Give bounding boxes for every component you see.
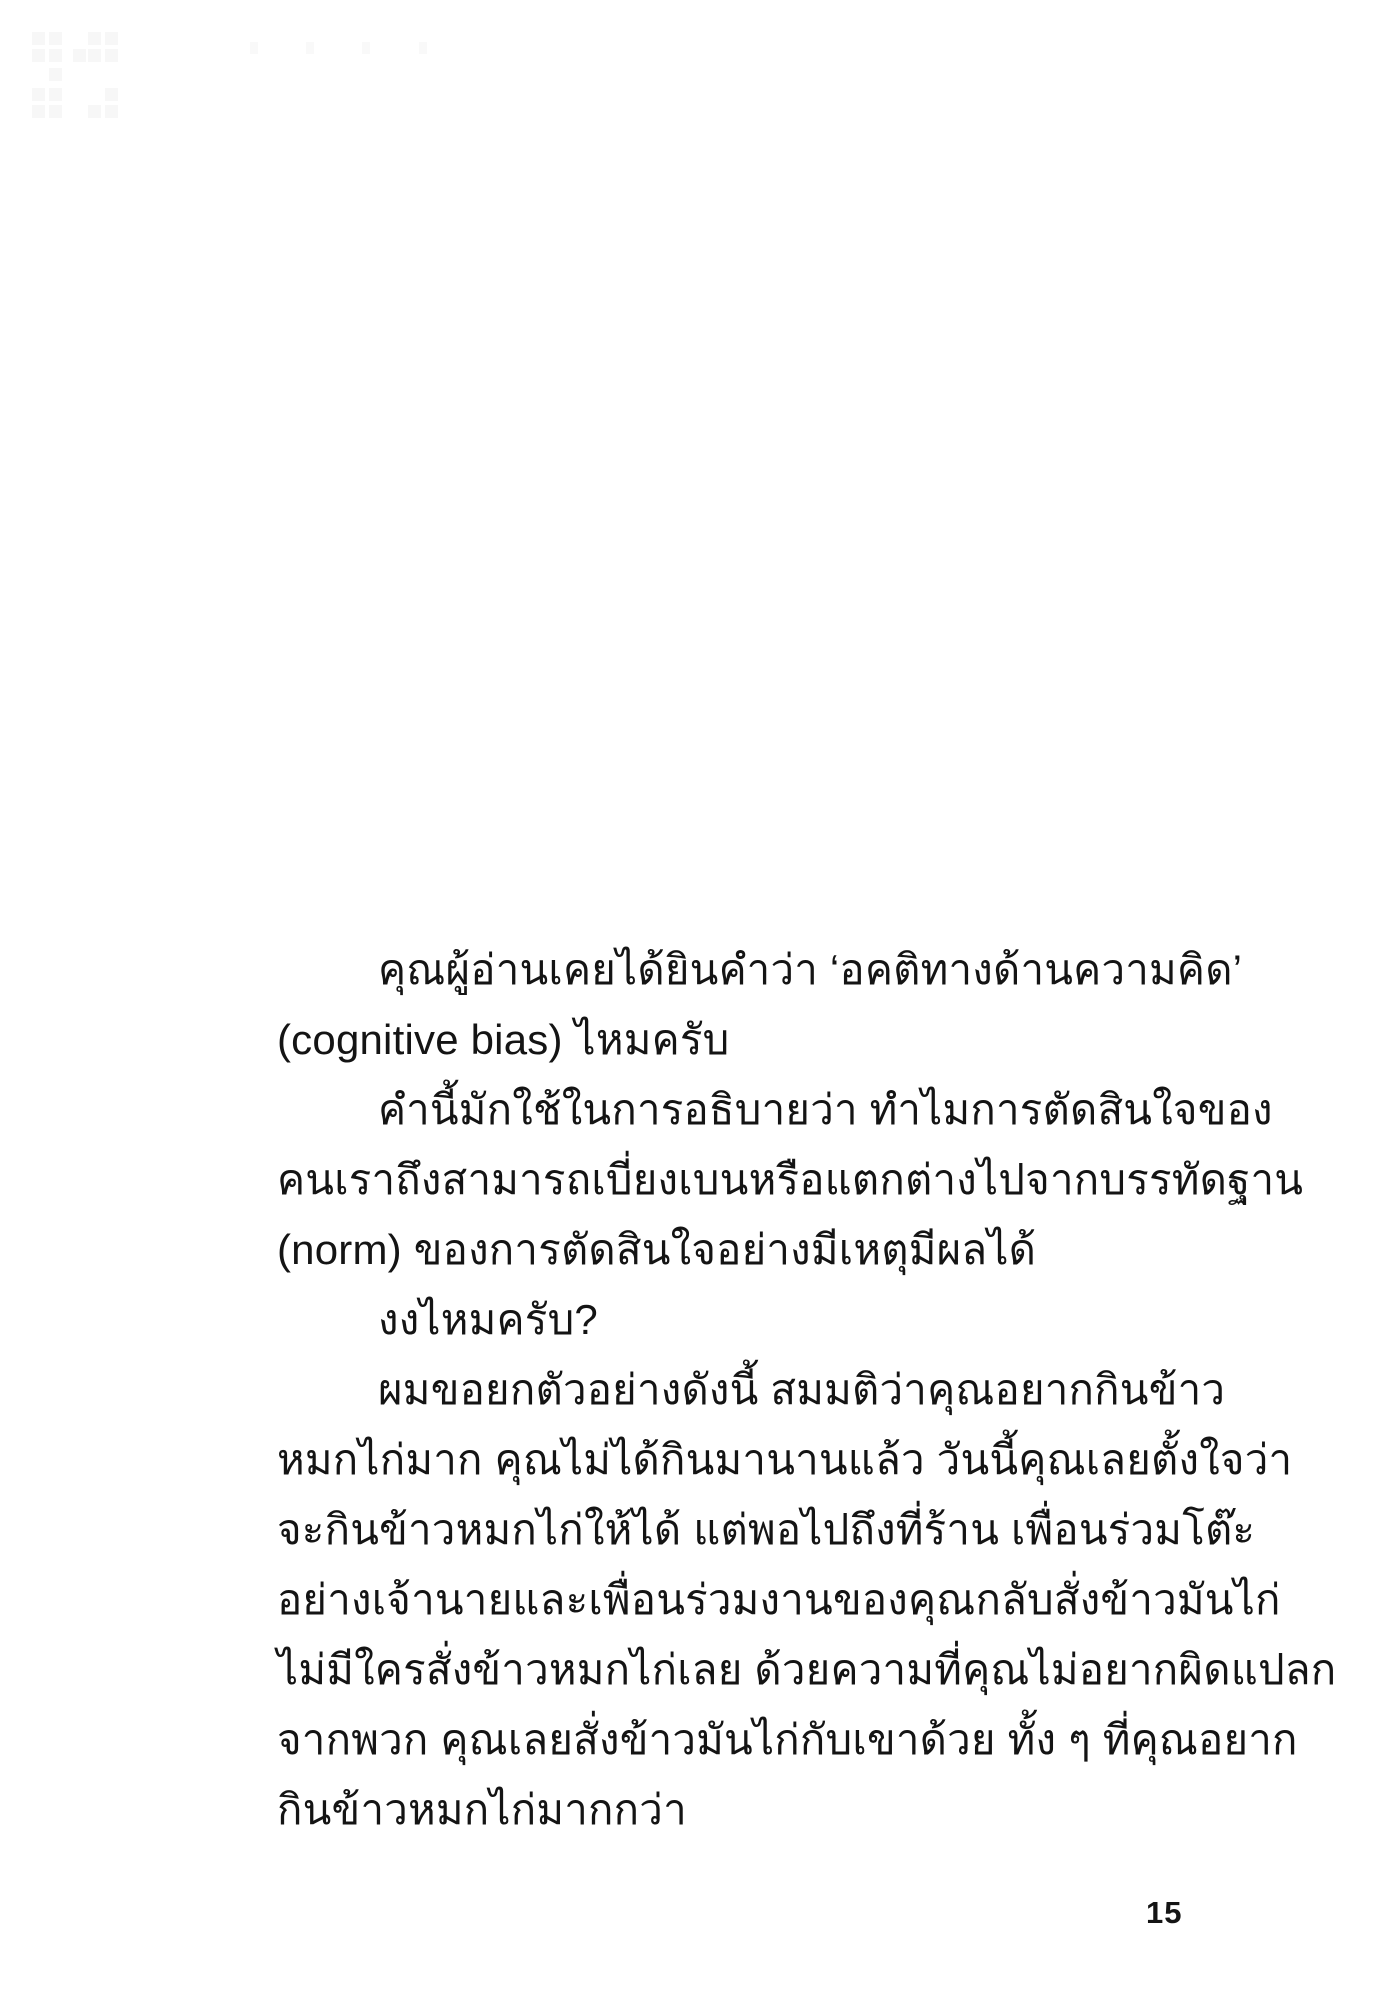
text-line: คำนี้มักใช้ในการอธิบายว่า ทำไมการตัดสินใ… [277, 1075, 1197, 1145]
paragraph: งงไหมครับ? [277, 1285, 1197, 1355]
paragraph: คำนี้มักใช้ในการอธิบายว่า ทำไมการตัดสินใ… [277, 1075, 1197, 1285]
text-line: หมกไก่มาก คุณไม่ได้กินมานานแล้ว วันนี้คุ… [277, 1425, 1197, 1495]
text-line: กินข้าวหมกไก่มากกว่า [277, 1775, 1197, 1845]
text-line: อย่างเจ้านายและเพื่อนร่วมงานของคุณกลับสั… [277, 1565, 1197, 1635]
text-line: งงไหมครับ? [277, 1285, 1197, 1355]
text-line: คุณผู้อ่านเคยได้ยินคำว่า ‘อคติทางด้านควา… [277, 935, 1197, 1005]
text-line: จากพวก คุณเลยสั่งข้าวมันไก่กับเขาด้วย ทั… [277, 1705, 1197, 1775]
page-number: 15 [1146, 1895, 1182, 1931]
page-body-text: คุณผู้อ่านเคยได้ยินคำว่า ‘อคติทางด้านควา… [277, 935, 1197, 1845]
text-line: (norm) ของการตัดสินใจอย่างมีเหตุมีผลได้ [277, 1215, 1197, 1285]
paragraph: ผมขอยกตัวอย่างดังนี้ สมมติว่าคุณอยากกินข… [277, 1355, 1197, 1845]
paragraph: คุณผู้อ่านเคยได้ยินคำว่า ‘อคติทางด้านควา… [277, 935, 1197, 1075]
text-line: จะกินข้าวหมกไก่ให้ได้ แต่พอไปถึงที่ร้าน … [277, 1495, 1197, 1565]
text-line: คนเราถึงสามารถเบี่ยงเบนหรือแตกต่างไปจากบ… [277, 1145, 1197, 1215]
text-line: ผมขอยกตัวอย่างดังนี้ สมมติว่าคุณอยากกินข… [277, 1355, 1197, 1425]
text-line: (cognitive bias) ไหมครับ [277, 1005, 1197, 1075]
scan-artifact-pattern [0, 0, 460, 130]
text-line: ไม่มีใครสั่งข้าวหมกไก่เลย ด้วยความที่คุณ… [277, 1635, 1197, 1705]
